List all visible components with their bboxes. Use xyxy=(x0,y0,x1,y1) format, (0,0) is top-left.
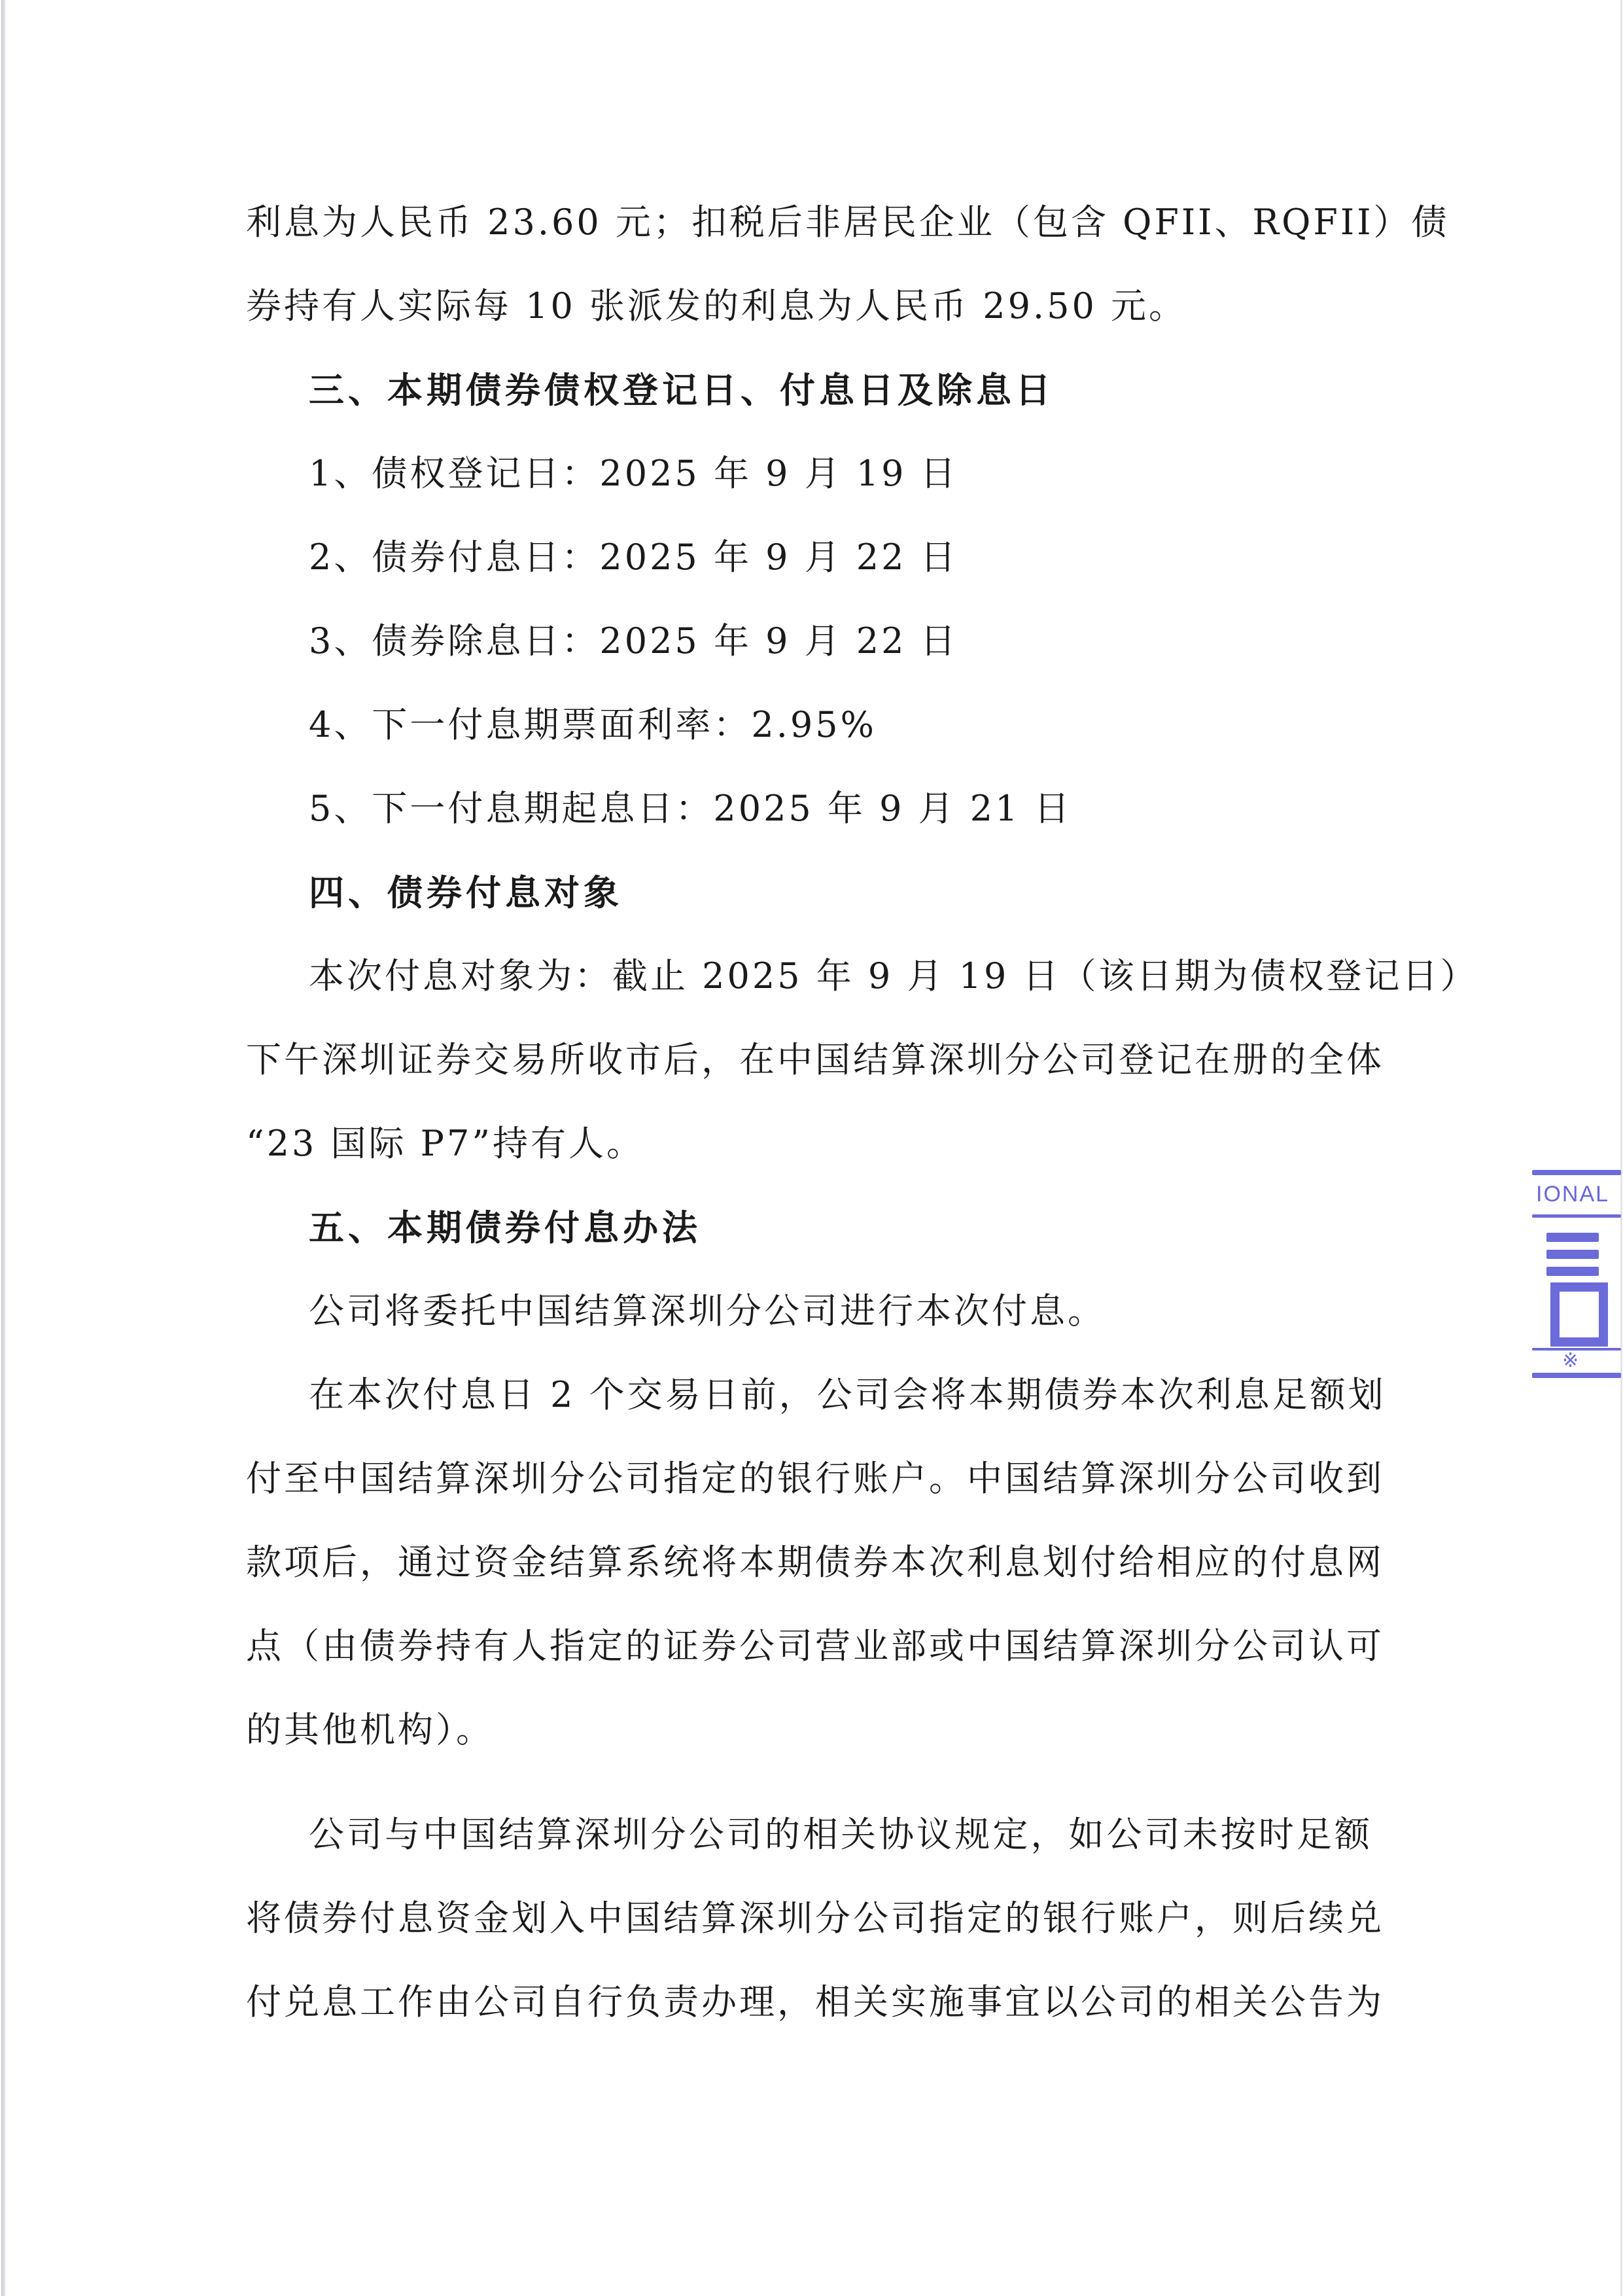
paragraph-line: 款项后，通过资金结算系统将本期债券本次利息划付给相应的付息网 xyxy=(246,1536,1372,1589)
paragraph-line: 付兑息工作由公司自行负责办理，相关实施事宜以公司的相关公告为 xyxy=(246,1976,1372,2028)
stamp-line xyxy=(1546,1233,1599,1242)
stamp-text: IONAL xyxy=(1536,1182,1609,1207)
paragraph-line: 付至中国结算深圳分公司指定的银行账户。中国结算深圳分公司收到 xyxy=(246,1453,1372,1505)
stamp-line xyxy=(1546,1267,1599,1276)
paragraph-line: 的其他机构）。 xyxy=(246,1704,494,1756)
stamp-line xyxy=(1546,1250,1599,1259)
list-item: 5、下一付息期起息日：2025 年 9 月 21 日 xyxy=(309,783,1072,835)
paragraph-line: 下午深圳证券交易所收市后，在中国结算深圳分公司登记在册的全体 xyxy=(246,1034,1372,1086)
stamp-border xyxy=(1532,1214,1621,1218)
scan-edge-left xyxy=(1,0,5,2296)
paragraph-line: 利息为人民币 23.60 元；扣税后非居民企业（包含 QFII、RQFII）债 xyxy=(246,196,1372,249)
paragraph-line: 券持有人实际每 10 张派发的利息为人民币 29.50 元。 xyxy=(246,280,1187,332)
paragraph-line: 将债券付息资金划入中国结算深圳分公司指定的银行账户，则后续兑 xyxy=(246,1892,1372,1945)
paragraph-line: “23 国际 P7”持有人。 xyxy=(246,1118,644,1170)
stamp-square xyxy=(1550,1282,1608,1347)
seal-stamp: IONAL ※ xyxy=(1529,1170,1621,1379)
paragraph-line: 公司与中国结算深圳分公司的相关协议规定，如公司未按时足额 xyxy=(309,1809,1372,1861)
paragraph-line: 点（由债券持有人指定的证券公司营业部或中国结算深圳分公司认可 xyxy=(246,1620,1372,1672)
list-item: 3、债券除息日：2025 年 9 月 22 日 xyxy=(309,615,958,667)
stamp-border-bottom xyxy=(1532,1373,1621,1378)
section-heading-5: 五、本期债券付息办法 xyxy=(309,1201,701,1254)
paragraph-line: 本次付息对象为：截止 2025 年 9 月 19 日（该日期为债权登记日） xyxy=(309,950,1372,1002)
list-item: 1、债权登记日：2025 年 9 月 19 日 xyxy=(309,448,958,500)
section-heading-4: 四、债券付息对象 xyxy=(309,866,623,919)
stamp-asterisk-icon: ※ xyxy=(1562,1349,1579,1372)
list-item: 2、债券付息日：2025 年 9 月 22 日 xyxy=(309,531,958,584)
scan-edge-right xyxy=(1620,0,1622,2296)
paragraph-line: 公司将委托中国结算深圳分公司进行本次付息。 xyxy=(309,1285,1106,1337)
stamp-border-top xyxy=(1532,1170,1621,1175)
list-item: 4、下一付息期票面利率：2.95% xyxy=(309,699,877,751)
paragraph-line: 在本次付息日 2 个交易日前，公司会将本期债券本次利息足额划 xyxy=(309,1369,1372,1421)
section-heading-3: 三、本期债券债权登记日、付息日及除息日 xyxy=(309,364,1055,416)
